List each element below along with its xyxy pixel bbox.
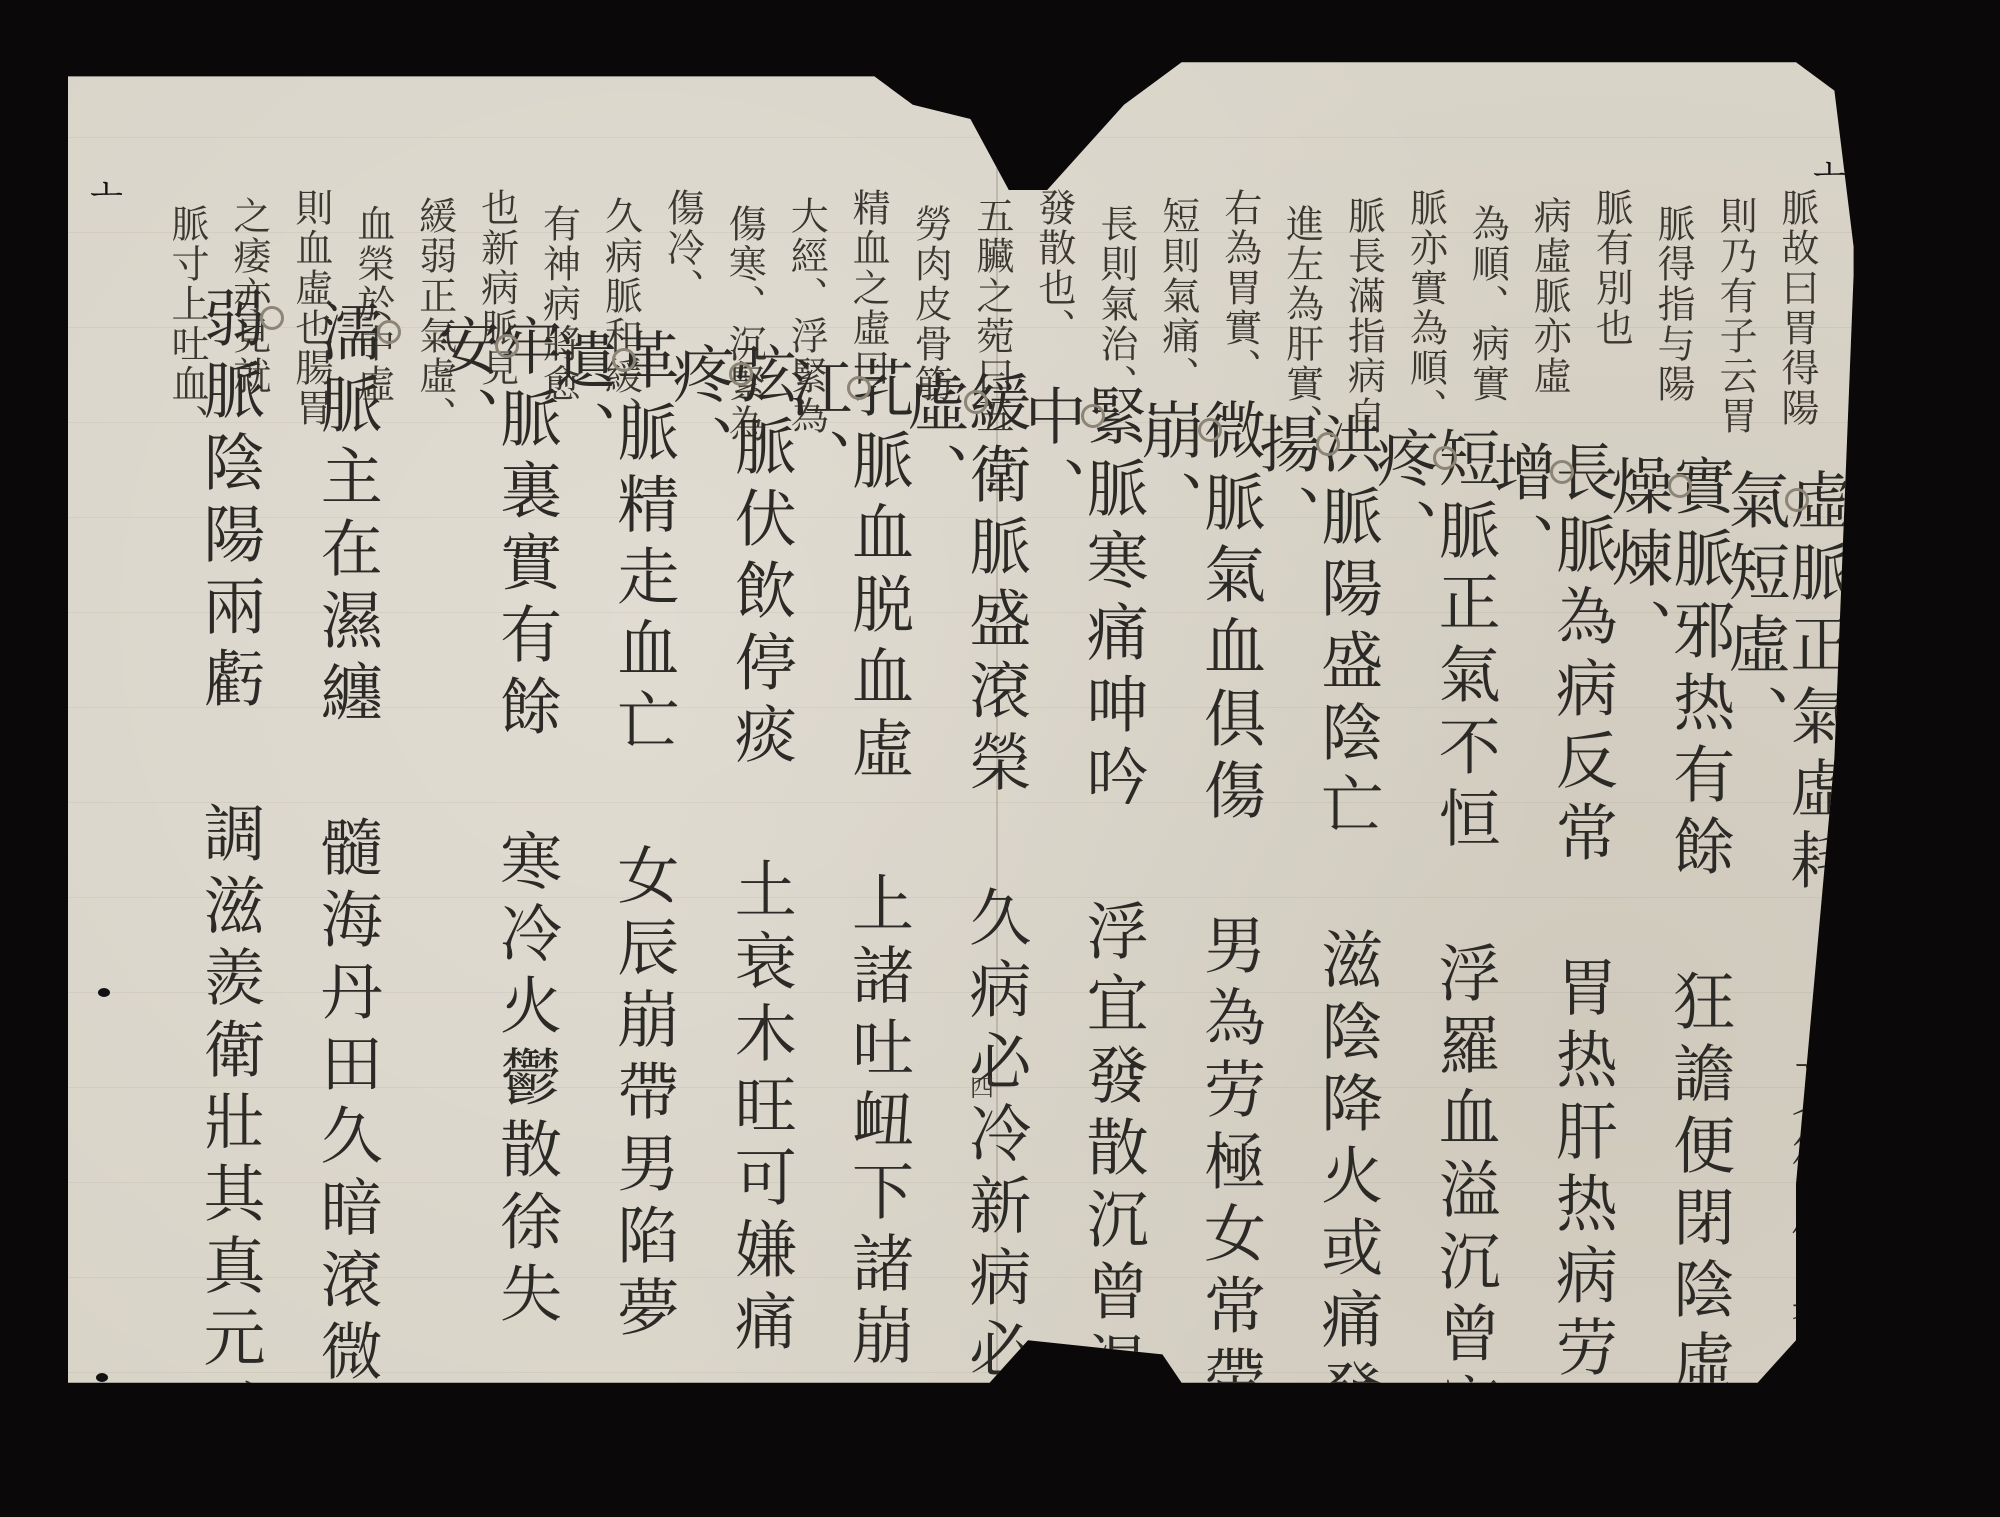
commentary-column: 脈長滿指病自 <box>1345 196 1383 436</box>
commentary-column: 長則氣治、 <box>1097 204 1135 404</box>
verse-column: 實脈邪热有餘 狂譫便閉陰虛燥煉、 <box>1606 454 1730 1468</box>
circle-mark-icon <box>495 334 519 358</box>
verse-column: 牢脈裏實有餘 寒冷火鬱散徐失安、 <box>433 314 557 1468</box>
binding-hole <box>96 1373 108 1382</box>
verse-column: 緩衛脈盛滾榮 久病必冷新病必虛、 <box>902 370 1026 1468</box>
binding-hole <box>1913 988 1925 997</box>
verse-column: 濡脈主在濕纏 髓海丹田久暗滾微、 <box>315 300 377 1463</box>
verse-column: 微脈氣血俱傷 男為劳極女常帶崩、 <box>1136 398 1260 1468</box>
marginal-ink-mark: ㅗ <box>1813 143 1846 192</box>
commentary-column: 發散也、 <box>1035 188 1073 348</box>
commentary-column: 為順、病實 <box>1468 204 1506 404</box>
marginal-ink-mark: ㅗ <box>90 163 123 212</box>
commentary-column: 右為胃實、 <box>1221 188 1259 388</box>
commentary-column: 傷冷、 <box>663 188 701 308</box>
binding-hole <box>1898 868 1910 877</box>
circle-mark-icon <box>847 376 871 400</box>
circle-mark-icon <box>1081 404 1105 428</box>
circle-mark-icon <box>612 348 636 372</box>
binding-hole <box>1923 1388 1935 1397</box>
commentary-column: 脈亦實為順、 <box>1406 188 1444 428</box>
binding-hole <box>1918 788 1930 797</box>
circle-mark-icon <box>1668 474 1692 498</box>
verse-column: 革脈精走血亡 女辰崩帶男陷夢遺、 <box>550 328 674 1468</box>
verse-column: 芤脈血脱血虛 上諸吐衄下諸崩江、 <box>785 356 909 1468</box>
commentary-column: 則乃有子云胃 <box>1716 196 1754 436</box>
circle-mark-icon <box>964 390 988 414</box>
page-number-mark: 四 <box>970 1068 994 1103</box>
verse-column: 緊脈寒痛呻吟 浮宜發散沉曾温中、 <box>1019 384 1143 1468</box>
circle-mark-icon <box>377 320 401 344</box>
verse-column: 長脈為病反常 胃热肝热病劳日增、 <box>1488 440 1612 1468</box>
commentary-column: 病虛脈亦虛 <box>1530 196 1568 396</box>
verse-column: 弱脈陰陽兩虧 調滋羨衛壯其真元、 <box>198 286 260 1449</box>
circle-mark-icon <box>1785 488 1809 512</box>
verse-column: 短脈正氣不恒 浮羅血溢沉曾寒疼、 <box>1371 426 1495 1468</box>
manuscript-paper: 脈故曰胃得陽則乃有子云胃脈得指与陽脈有別也病虛脈亦虛為順、病實脈亦實為順、脈長滿… <box>68 48 1988 1468</box>
circle-mark-icon <box>1316 432 1340 456</box>
circle-mark-icon <box>1433 446 1457 470</box>
commentary-column: 進左為肝實、 <box>1283 204 1321 444</box>
verse-column: 洪脈陽盛陰亡 滋陰降火或痛發揚、 <box>1254 412 1378 1468</box>
circle-mark-icon <box>260 306 284 330</box>
commentary-column: 脈故曰胃得陽 <box>1778 188 1816 428</box>
commentary-column: 脈有別也 <box>1592 188 1630 348</box>
binding-hole <box>98 988 110 997</box>
commentary-column: 短則氣痛、 <box>1159 196 1197 396</box>
verse-column: 弦脈伏飲停痰 土衰木旺可嫌痛疼、 <box>667 342 791 1468</box>
commentary-column: 脈得指与陽 <box>1654 204 1692 404</box>
verse-column: 虛脈正氣虛耗、 又衛傷暑又氣短虛、 <box>1723 468 1847 1468</box>
